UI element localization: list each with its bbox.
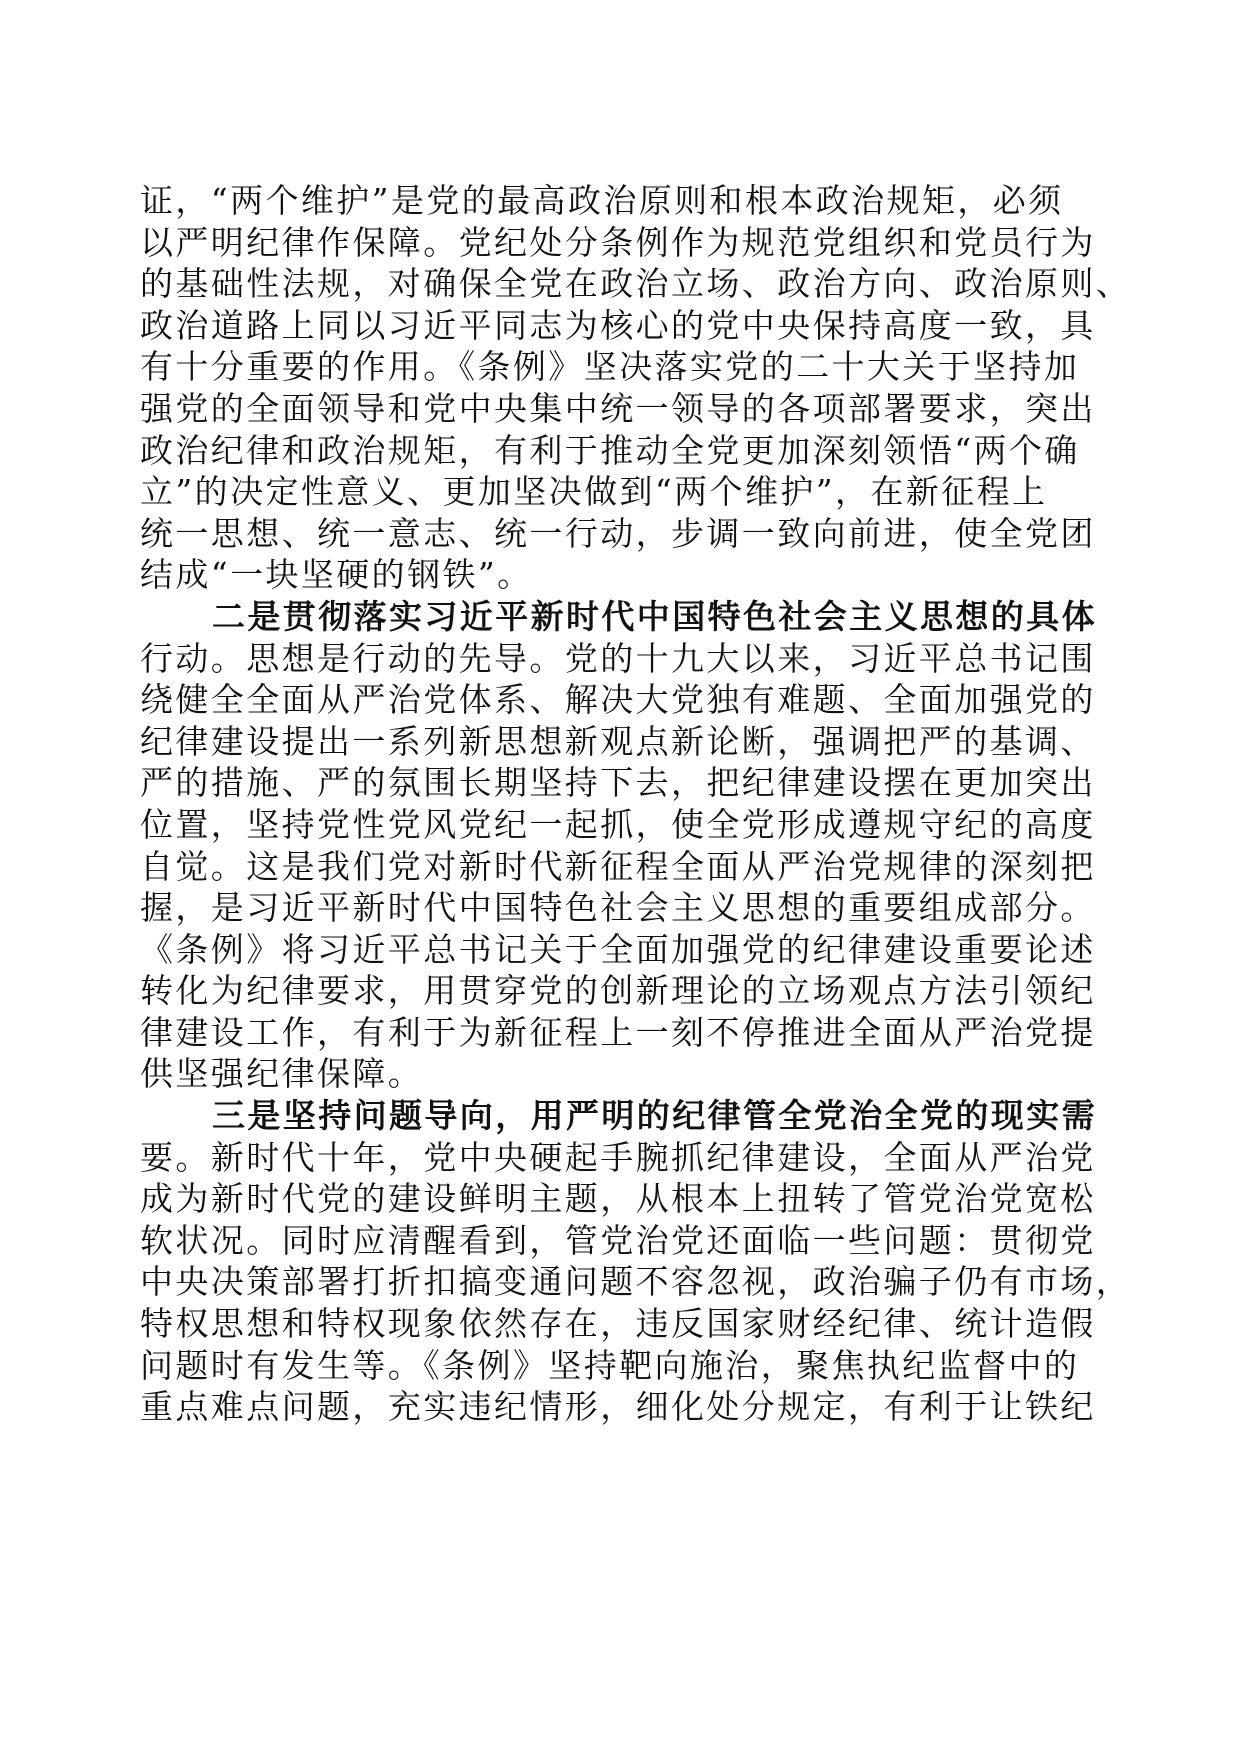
- text-line: 位置，坚持党性党风党纪一起抓，使全党形成遵规守纪的高度: [140, 804, 1100, 846]
- text-line: 的基础性法规，对确保全党在政治立场、政治方向、政治原则、: [140, 263, 1100, 305]
- text-line: 《条例》将习近平总书记关于全面加强党的纪律建设重要论述: [140, 929, 1100, 971]
- text-line: 特权思想和特权现象依然存在，违反国家财经纪律、统计造假: [140, 1303, 1100, 1345]
- section-heading-line: 三是坚持问题导向，用严明的纪律管全党治全党的现实需: [140, 1095, 1100, 1137]
- text-line: 绕健全全面从严治党体系、解决大党独有难题、全面加强党的: [140, 679, 1100, 721]
- text-line: 重点难点问题，充实违纪情形，细化处分规定，有利于让铁纪: [140, 1386, 1100, 1428]
- text-line: 问题时有发生等。《条例》坚持靶向施治，聚焦执纪监督中的: [140, 1345, 1100, 1387]
- text-line: 要。新时代十年，党中央硬起手腕抓纪律建设，全面从严治党: [140, 1137, 1100, 1179]
- text-line: 成为新时代党的建设鲜明主题，从根本上扭转了管党治党宽松: [140, 1178, 1100, 1220]
- text-line: 供坚强纪律保障。: [140, 1053, 1100, 1095]
- text-line: 律建设工作，有利于为新征程上一刻不停推进全面从严治党提: [140, 1012, 1100, 1054]
- text-line: 强党的全面领导和党中央集中统一领导的各项部署要求，突出: [140, 388, 1100, 430]
- body-text: 证，“两个维护”是党的最高政治原则和根本政治规矩，必须 以严明纪律作保障。党纪处…: [140, 180, 1100, 1428]
- text-line: 立”的决定性意义、更加坚决做到“两个维护”，在新征程上: [140, 471, 1100, 513]
- text-line: 统一思想、统一意志、统一行动，步调一致向前进，使全党团: [140, 513, 1100, 555]
- text-line: 软状况。同时应清醒看到，管党治党还面临一些问题：贯彻党: [140, 1220, 1100, 1262]
- text-line: 行动。思想是行动的先导。党的十九大以来，习近平总书记围: [140, 638, 1100, 680]
- text-line: 握，是习近平新时代中国特色社会主义思想的重要组成部分。: [140, 887, 1100, 929]
- text-line: 纪律建设提出一系列新思想新观点新论断，强调把严的基调、: [140, 721, 1100, 763]
- text-line: 严的措施、严的氛围长期坚持下去，把纪律建设摆在更加突出: [140, 762, 1100, 804]
- text-line: 政治纪律和政治规矩，有利于推动全党更加深刻领悟“两个确: [140, 430, 1100, 472]
- text-line: 证，“两个维护”是党的最高政治原则和根本政治规矩，必须: [140, 180, 1100, 222]
- text-line: 转化为纪律要求，用贯穿党的创新理论的立场观点方法引领纪: [140, 970, 1100, 1012]
- text-line: 自觉。这是我们党对新时代新征程全面从严治党规律的深刻把: [140, 846, 1100, 888]
- text-line: 有十分重要的作用。《条例》坚决落实党的二十大关于坚持加: [140, 346, 1100, 388]
- text-line: 政治道路上同以习近平同志为核心的党中央保持高度一致，具: [140, 305, 1100, 347]
- document-page: 证，“两个维护”是党的最高政治原则和根本政治规矩，必须 以严明纪律作保障。党纪处…: [0, 0, 1240, 1754]
- text-line: 结成“一块坚硬的钢铁”。: [140, 554, 1100, 596]
- text-line: 中央决策部署打折扣搞变通问题不容忽视，政治骗子仍有市场，: [140, 1261, 1100, 1303]
- section-heading-line: 二是贯彻落实习近平新时代中国特色社会主义思想的具体: [140, 596, 1100, 638]
- text-line: 以严明纪律作保障。党纪处分条例作为规范党组织和党员行为: [140, 222, 1100, 264]
